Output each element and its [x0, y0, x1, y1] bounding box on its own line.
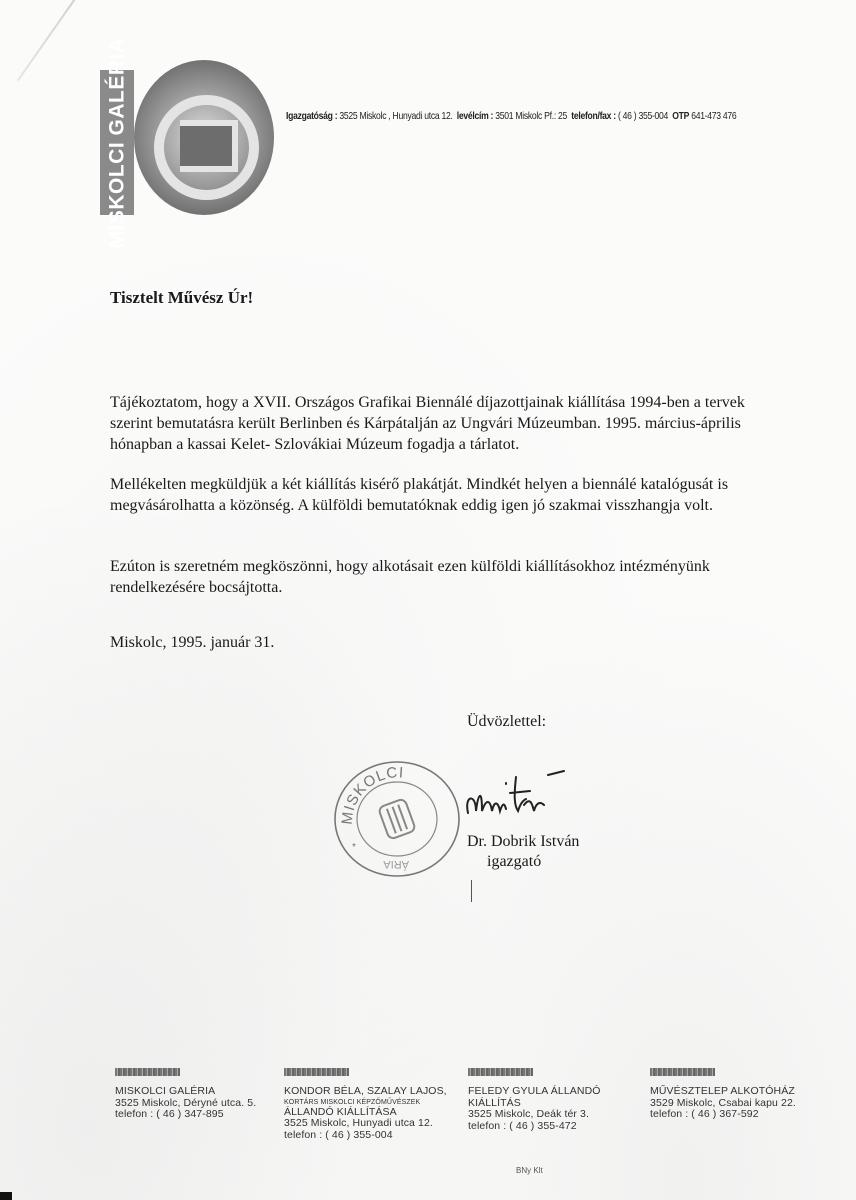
paragraph-2: Mellékelten megküldjük a két kiállítás k… [110, 474, 790, 516]
footer-line: 3525 Miskolc, Hunyadi utca 12. [284, 1118, 447, 1130]
letterhead-contact: Igazgatóság : 3525 Miskolc , Hunyadi utc… [286, 110, 736, 122]
footer-bar [650, 1068, 715, 1076]
bank-label: OTP [672, 110, 689, 122]
phone-value: ( 46 ) 355-004 [618, 110, 668, 122]
footer-line: FELEDY GYULA ÁLLANDÓ [468, 1086, 601, 1098]
footer-line: telefon : ( 46 ) 355-004 [284, 1130, 447, 1142]
footer-bar [115, 1068, 180, 1076]
footer-line: 3525 Miskolc, Deák tér 3. [468, 1109, 601, 1121]
footer-column-gallery: MISKOLCI GALÉRIA 3525 Miskolc, Déryné ut… [115, 1068, 256, 1121]
print-code: BNy Klt [516, 1166, 543, 1175]
footer-line: telefon : ( 46 ) 347-895 [115, 1109, 256, 1121]
scan-corner-mark [0, 1192, 12, 1200]
signature-icon [460, 765, 590, 825]
svg-text:ÁRIA: ÁRIA [383, 858, 409, 871]
logo-band: MISKOLCI GALÉRIA [100, 70, 134, 215]
office-value: 3525 Miskolc , Hunyadi utca 12. [339, 110, 452, 122]
footer-column-kondor: KONDOR BÉLA, SZALAY LAJOS, KORTÁRS MISKO… [284, 1068, 447, 1141]
footer-line: telefon : ( 46 ) 367-592 [650, 1109, 796, 1121]
footer-column-feledy: FELEDY GYULA ÁLLANDÓ KIÁLLÍTÁS 3525 Misk… [468, 1068, 601, 1132]
footer-bar [284, 1068, 349, 1076]
footer-bar [468, 1068, 533, 1076]
gallery-logo: MISKOLCI GALÉRIA [100, 40, 275, 220]
phone-label: telefon/fax : [571, 110, 616, 122]
footer-line: telefon : ( 46 ) 355-472 [468, 1121, 601, 1133]
footer-line: MŰVÉSZTELEP ALKOTÓHÁZ [650, 1086, 796, 1098]
signer-name: Dr. Dobrik István [467, 833, 579, 851]
stamp-icon: MISKOLCI * ÁRIA [330, 755, 465, 880]
footer-line: KONDOR BÉLA, SZALAY LAJOS, [284, 1086, 447, 1098]
bank-value: 641-473 476 [691, 110, 736, 122]
signer-title: igazgató [487, 853, 541, 871]
paragraph-3: Ezúton is szeretném megköszönni, hogy al… [110, 556, 790, 598]
closing: Üdvözlettel: [467, 713, 546, 731]
footer-column-muvesztelep: MŰVÉSZTELEP ALKOTÓHÁZ 3529 Miskolc, Csab… [650, 1068, 796, 1121]
mail-value: 3501 Miskolc Pf.: 25 [495, 110, 567, 122]
fold-line [17, 0, 82, 81]
svg-text:*: * [352, 842, 356, 853]
letter-date: Miskolc, 1995. január 31. [110, 634, 274, 652]
office-label: Igazgatóság : [286, 110, 337, 122]
logo-text: MISKOLCI GALÉRIA [105, 37, 129, 248]
svg-text:MISKOLCI: MISKOLCI [339, 764, 405, 825]
logo-square-shape [180, 120, 238, 172]
paragraph-1: Tájékoztatom, hogy a XVII. Országos Graf… [110, 392, 790, 455]
pen-mark [471, 880, 472, 902]
mail-label: levélcím : [457, 110, 493, 122]
salutation: Tisztelt Művész Úr! [110, 288, 253, 308]
footer-line: MISKOLCI GALÉRIA [115, 1086, 256, 1098]
